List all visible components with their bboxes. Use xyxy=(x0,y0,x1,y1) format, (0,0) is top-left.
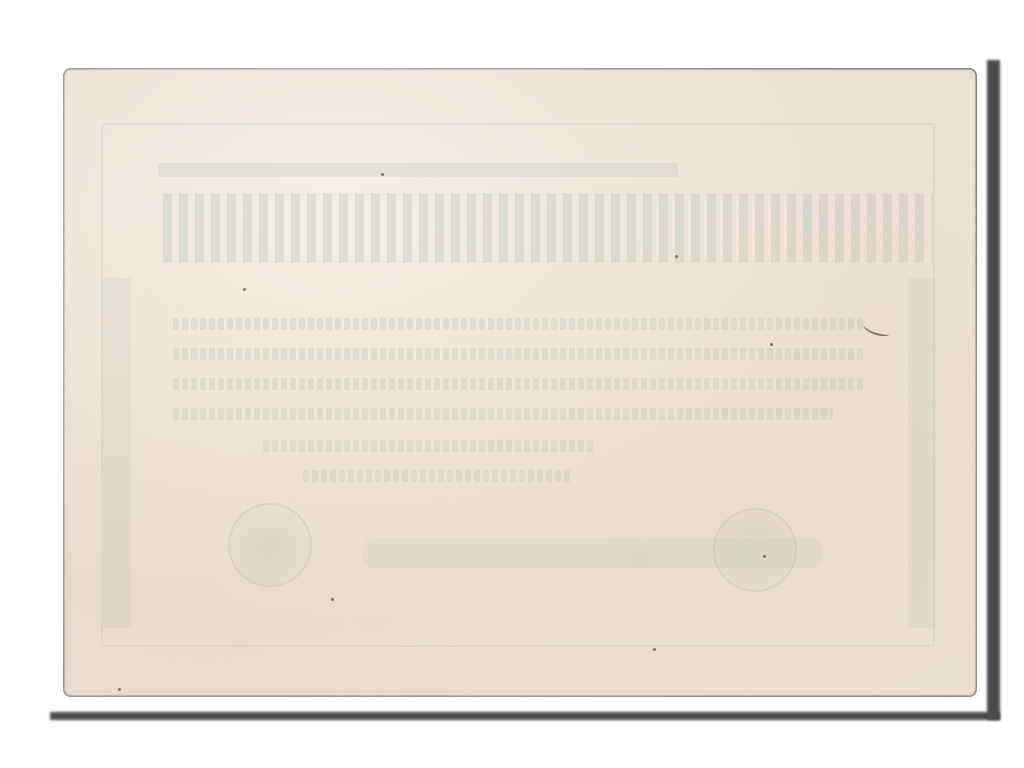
show-through-title xyxy=(163,193,933,263)
drop-shadow-bottom xyxy=(50,712,1000,720)
show-through-side-ornament-right xyxy=(908,278,936,628)
drop-shadow-right xyxy=(987,60,1000,720)
image-canvas xyxy=(0,0,1024,768)
show-through-text-line xyxy=(173,318,863,330)
foxing-spot xyxy=(381,173,384,176)
seal-left-icon xyxy=(228,503,312,587)
foxing-spot xyxy=(675,255,678,258)
show-through-header-line xyxy=(158,163,678,177)
foxing-spot xyxy=(331,598,334,601)
foxing-spot xyxy=(653,648,656,651)
seal-right-icon xyxy=(713,508,797,592)
foxing-spot xyxy=(243,288,246,291)
show-through-text-line xyxy=(173,408,833,420)
foxing-spot xyxy=(118,688,121,691)
foxing-spot xyxy=(763,555,766,558)
banknote xyxy=(63,68,977,697)
show-through-text-line xyxy=(303,470,573,482)
show-through-side-ornament-left xyxy=(103,278,131,628)
show-through-text-line xyxy=(173,348,863,360)
foxing-spot xyxy=(770,343,773,346)
show-through-text-line xyxy=(173,378,863,390)
show-through-text-line xyxy=(263,440,593,452)
